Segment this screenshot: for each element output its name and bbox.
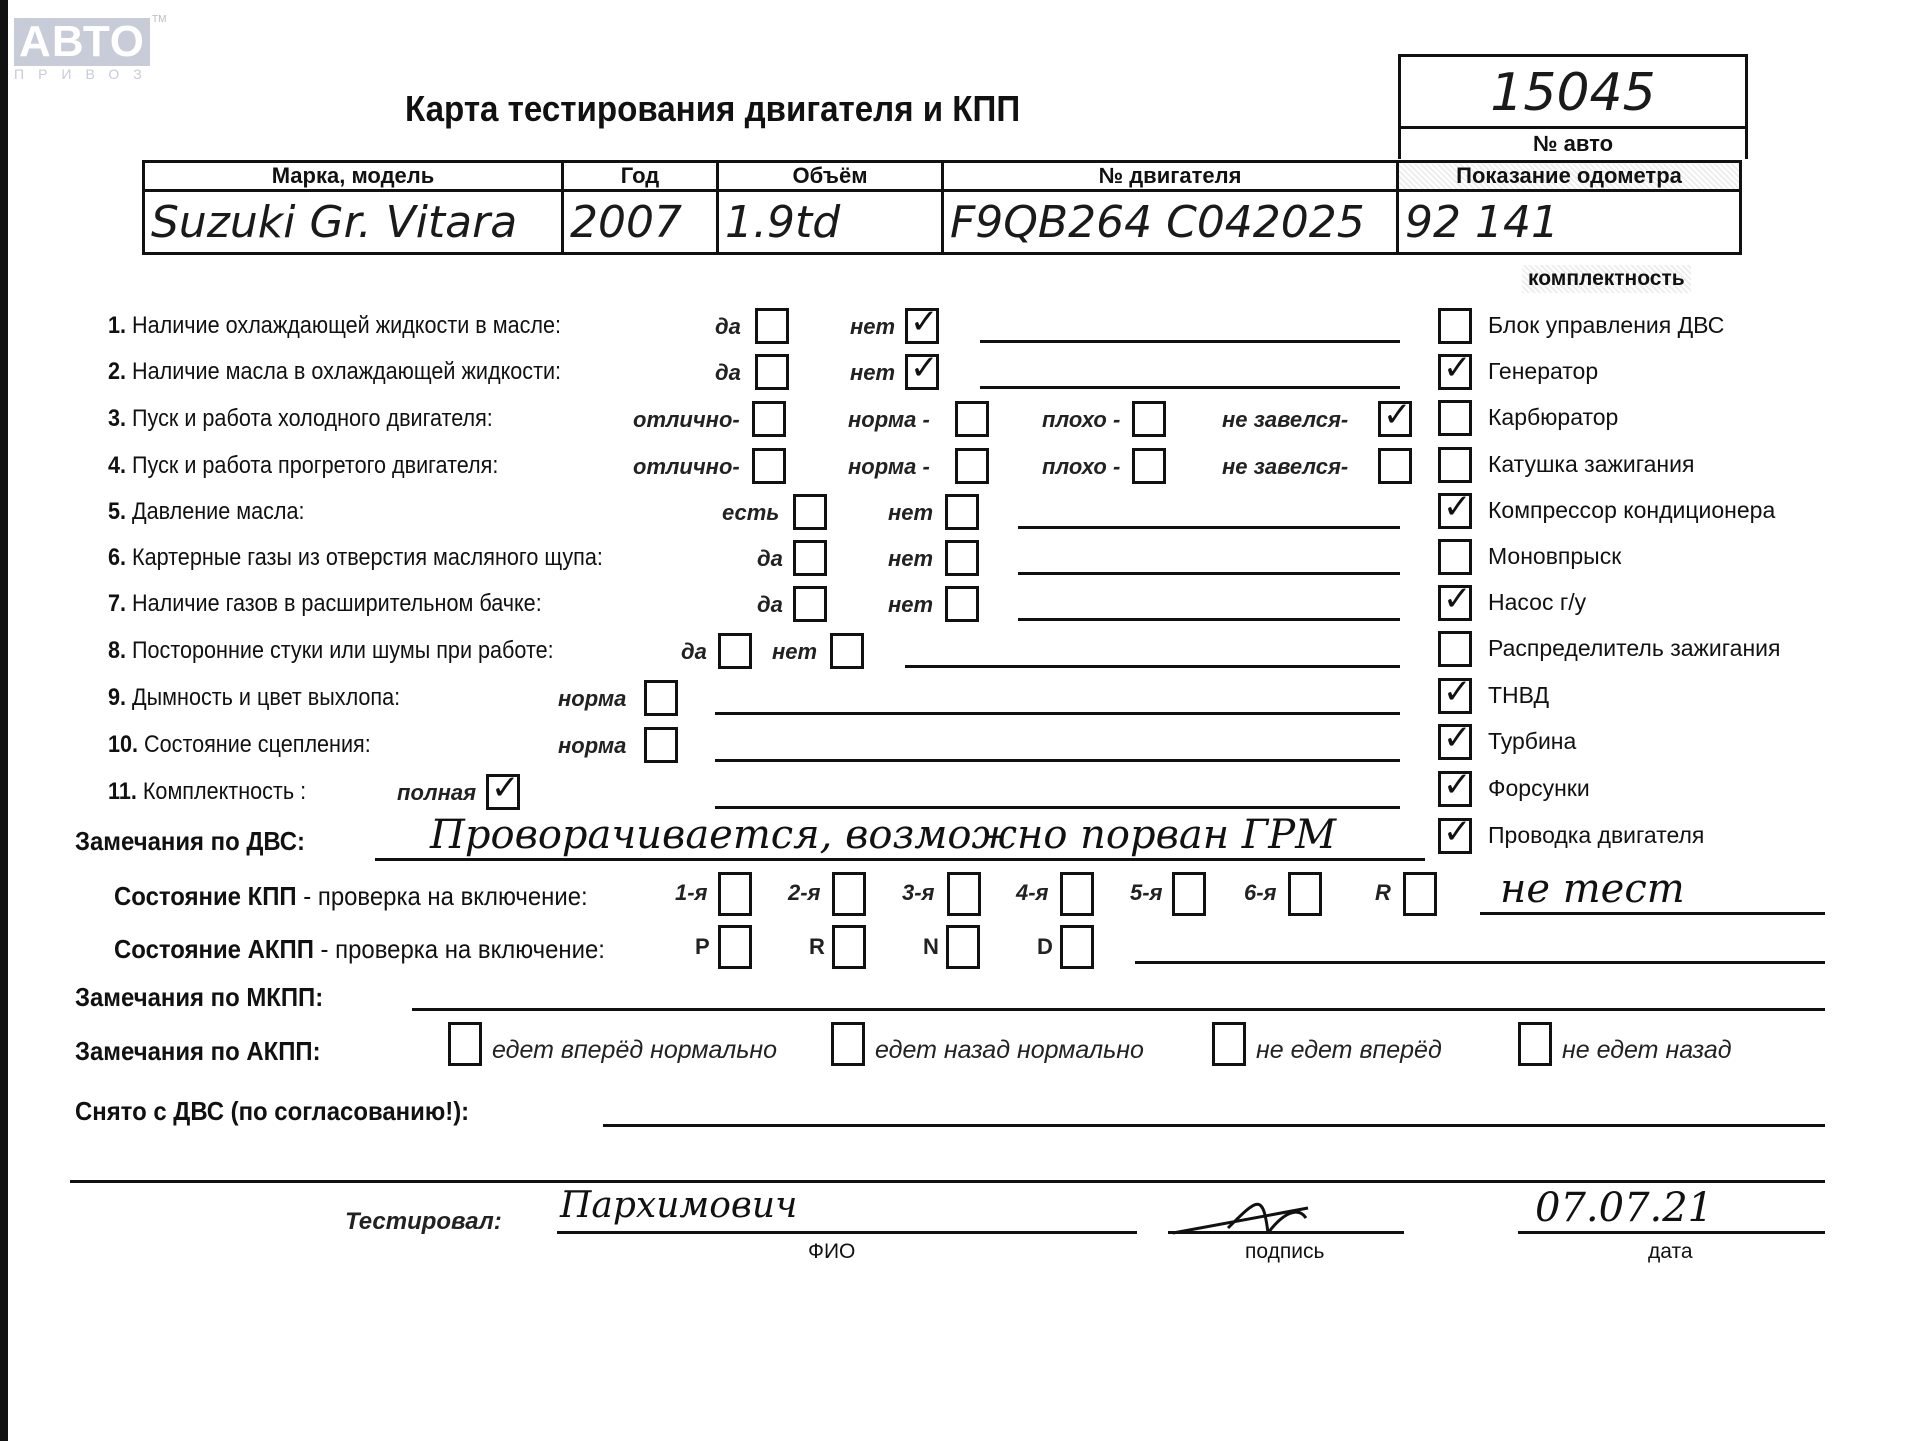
option-checkbox[interactable] (755, 354, 789, 390)
model-value[interactable]: Suzuki Gr. Vitara (144, 191, 563, 254)
gear-label: 5-я (1130, 880, 1163, 906)
item-text: Пуск и работа холодного двигателя: (132, 405, 493, 432)
notes-line[interactable] (715, 759, 1400, 762)
mode-checkbox[interactable] (718, 925, 752, 969)
item-text: Посторонние стуки или шумы при работе: (132, 637, 554, 664)
option-label: нет (888, 592, 933, 618)
engine-number-value[interactable]: F9QB264 C042025 (943, 191, 1398, 254)
akpp-remark-label: не едет назад (1562, 1036, 1732, 1065)
notes-line[interactable] (1018, 526, 1400, 529)
divider (70, 1180, 1825, 1183)
option-checkbox[interactable] (752, 401, 786, 437)
checkmark-icon: ✓ (1443, 490, 1472, 524)
checklist-row: 6. Картерные газы из отверстия масляного… (108, 544, 603, 572)
completeness-checkbox[interactable] (1438, 631, 1472, 667)
option-label: отлично- (633, 454, 740, 480)
item-text: Комплектность : (143, 778, 306, 805)
checkmark-icon: ✓ (1443, 582, 1472, 616)
checkmark-icon: ✓ (1443, 815, 1472, 849)
item-text: Наличие масла в охлаждающей жидкости: (132, 358, 561, 385)
notes-line[interactable] (1018, 572, 1400, 575)
date-line (1518, 1231, 1825, 1234)
kpp-label-rest: - проверка на включение: (297, 881, 588, 911)
completeness-checkbox[interactable]: ✓ (1438, 678, 1472, 714)
item-number: 4. (108, 452, 132, 479)
completeness-item-label: Турбина (1488, 728, 1576, 755)
option-checkbox[interactable] (945, 586, 979, 622)
gear-label: 2-я (788, 880, 821, 906)
checklist-row: 7. Наличие газов в расширительном бачке: (108, 590, 542, 618)
mode-label: D (1037, 934, 1053, 960)
item-text: Давление масла: (132, 498, 305, 525)
vehicle-info-table: Марка, модель Год Объём № двигателя Пока… (142, 160, 1742, 255)
akpp-remarks-label: Замечания по АКПП: (75, 1036, 321, 1067)
car-number-value[interactable]: 15045 (1398, 54, 1748, 129)
odometer-value[interactable]: 92 141 (1398, 191, 1741, 254)
completeness-item-label: Форсунки (1488, 775, 1590, 802)
item-text: Наличие охлаждающей жидкости в масле: (132, 312, 561, 339)
mkpp-remarks-label: Замечания по МКПП: (75, 982, 323, 1013)
completeness-item-label: Насос г/у (1488, 589, 1586, 616)
checkmark-icon: ✓ (910, 305, 939, 339)
checkmark-icon: ✓ (1443, 768, 1472, 802)
completeness-item-label: Карбюратор (1488, 404, 1618, 431)
akpp-label-rest: - проверка на включение: (314, 934, 605, 964)
option-label: отлично- (633, 407, 740, 433)
gear-label: 3-я (902, 880, 935, 906)
akpp-remark-label: не едет вперёд (1256, 1036, 1442, 1065)
item-number: 9. (108, 684, 132, 711)
gear-checkbox[interactable] (947, 872, 981, 916)
akpp-remark-checkbox[interactable] (1212, 1022, 1246, 1066)
completeness-item-label: Блок управления ДВС (1488, 312, 1724, 339)
notes-line[interactable] (715, 712, 1400, 715)
checkmark-icon: ✓ (1443, 721, 1472, 755)
item-number: 8. (108, 637, 132, 664)
option-checkbox[interactable] (793, 540, 827, 576)
gear-label: 4-я (1016, 880, 1049, 906)
signature-caption: подпись (1245, 1240, 1324, 1264)
gear-checkbox[interactable] (1172, 872, 1206, 916)
completeness-item-label: Компрессор кондиционера (1488, 497, 1775, 524)
signature-mark (1168, 1188, 1378, 1248)
option-checkbox[interactable]: ✓ (905, 308, 939, 344)
option-checkbox[interactable]: ✓ (905, 354, 939, 390)
col-header-model: Марка, модель (144, 162, 563, 191)
akpp-remark-checkbox[interactable] (448, 1022, 482, 1066)
item-text: Картерные газы из отверстия масляного щу… (132, 544, 603, 571)
checkmark-icon: ✓ (491, 771, 520, 805)
gear-checkbox[interactable] (718, 872, 752, 916)
option-label: норма (558, 733, 626, 759)
akpp-label-bold: Состояние АКПП (114, 934, 314, 964)
completeness-checkbox[interactable]: ✓ (1438, 585, 1472, 621)
option-label: да (757, 592, 783, 618)
name-line (557, 1231, 1137, 1234)
checklist-row: 1. Наличие охлаждающей жидкости в масле: (108, 312, 561, 340)
completeness-checkbox[interactable] (1438, 539, 1472, 575)
option-label: да (757, 546, 783, 572)
item-text: Наличие газов в расширительном бачке: (132, 590, 542, 617)
option-label: плохо - (1042, 454, 1120, 480)
date-caption: дата (1648, 1240, 1693, 1264)
engine-remarks-line (375, 858, 1425, 861)
completeness-checkbox[interactable] (1438, 400, 1472, 436)
gear-checkbox[interactable] (832, 872, 866, 916)
item-number: 7. (108, 590, 132, 617)
option-label: плохо - (1042, 407, 1120, 433)
option-label: нет (850, 360, 895, 386)
mode-checkbox[interactable] (832, 925, 866, 969)
kpp-note[interactable]: не тест (1500, 866, 1685, 912)
option-label: нет (888, 500, 933, 526)
gear-checkbox[interactable] (1060, 872, 1094, 916)
name-caption: ФИО (808, 1240, 855, 1264)
item-number: 11. (108, 778, 143, 805)
col-header-year: Год (563, 162, 718, 191)
checklist-row: 3. Пуск и работа холодного двигателя: (108, 405, 493, 433)
akpp-remark-checkbox[interactable] (831, 1022, 865, 1066)
volume-value[interactable]: 1.9td (718, 191, 943, 254)
gear-checkbox[interactable] (1288, 872, 1322, 916)
item-text: Состояние сцепления: (144, 731, 371, 758)
car-number-label: № авто (1398, 126, 1748, 159)
option-checkbox[interactable] (955, 448, 989, 484)
scan-edge (0, 0, 8, 1441)
checklist-row: 10. Состояние сцепления: (108, 731, 371, 759)
engine-remarks-value[interactable]: Проворачивается, возможно порван ГРМ (430, 812, 1336, 858)
checklist-row: 8. Посторонние стуки или шумы при работе… (108, 637, 554, 665)
completeness-checkbox[interactable]: ✓ (1438, 818, 1472, 854)
test-date[interactable]: 07.07.21 (1535, 1185, 1713, 1231)
completeness-checkbox[interactable]: ✓ (1438, 493, 1472, 529)
option-label: нет (850, 314, 895, 340)
mode-label: N (923, 934, 939, 960)
akpp-label: Состояние АКПП - проверка на включение: (114, 934, 605, 965)
kpp-note-line (1480, 912, 1825, 915)
completeness-checkbox[interactable] (1438, 308, 1472, 344)
item-text: Пуск и работа прогретого двигателя: (132, 452, 498, 479)
item-number: 3. (108, 405, 132, 432)
notes-line[interactable] (980, 386, 1400, 389)
akpp-remark-label: едет назад нормально (875, 1036, 1144, 1065)
notes-line[interactable] (980, 340, 1400, 343)
item-number: 2. (108, 358, 132, 385)
col-header-odometer: Показание одометра (1398, 162, 1741, 191)
akpp-remark-label: едет вперёд нормально (492, 1036, 777, 1065)
tested-by-label: Тестировал: (345, 1208, 502, 1236)
gear-label: 1-я (675, 880, 708, 906)
item-number: 1. (108, 312, 132, 339)
removed-line[interactable] (603, 1124, 1825, 1127)
option-label: есть (722, 500, 779, 526)
checklist-row: 9. Дымность и цвет выхлопа: (108, 684, 400, 712)
col-header-engine-number: № двигателя (943, 162, 1398, 191)
akpp-note-line (1135, 961, 1825, 964)
mode-label: P (695, 934, 710, 960)
completeness-checkbox[interactable]: ✓ (1438, 771, 1472, 807)
option-label: норма - (848, 407, 930, 433)
gear-checkbox[interactable] (1403, 872, 1437, 916)
mkpp-remarks-line[interactable] (412, 1008, 1825, 1011)
tester-name[interactable]: Пархимович (560, 1185, 797, 1226)
checkmark-icon: ✓ (1443, 351, 1472, 385)
option-label: не завелся- (1222, 454, 1348, 480)
option-label: да (715, 314, 741, 340)
completeness-item-label: Проводка двигателя (1488, 822, 1704, 849)
option-label: норма (558, 686, 626, 712)
checklist-row: 4. Пуск и работа прогретого двигателя: (108, 452, 498, 480)
completeness-checkbox[interactable] (1438, 447, 1472, 483)
mode-label: R (809, 934, 825, 960)
option-checkbox[interactable] (1132, 448, 1166, 484)
year-value[interactable]: 2007 (563, 191, 718, 254)
removed-label: Снято с ДВС (по согласованию!): (75, 1096, 469, 1127)
gear-label: 6-я (1244, 880, 1277, 906)
checkmark-icon: ✓ (1443, 675, 1472, 709)
option-label: да (715, 360, 741, 386)
completeness-item-label: Распределитель зажигания (1488, 635, 1780, 662)
option-checkbox[interactable] (755, 308, 789, 344)
completeness-checkbox[interactable]: ✓ (1438, 724, 1472, 760)
checkmark-icon: ✓ (910, 351, 939, 385)
option-label: нет (888, 546, 933, 572)
option-checkbox[interactable] (644, 727, 678, 763)
option-label: да (681, 639, 707, 665)
item-number: 10. (108, 731, 144, 758)
option-checkbox[interactable] (1378, 448, 1412, 484)
item-number: 5. (108, 498, 132, 525)
option-checkbox[interactable] (955, 401, 989, 437)
option-checkbox[interactable] (718, 633, 752, 669)
option-checkbox[interactable] (793, 494, 827, 530)
kpp-label-bold: Состояние КПП (114, 881, 297, 911)
logo-subtitle: ПРИВОЗ (14, 66, 156, 82)
checkmark-icon: ✓ (1383, 398, 1412, 432)
completeness-item-label: Катушка зажигания (1488, 451, 1694, 478)
completeness-checkbox[interactable]: ✓ (1438, 354, 1472, 390)
option-checkbox[interactable]: ✓ (1378, 401, 1412, 437)
page-title: Карта тестирования двигателя и КПП (405, 88, 1020, 130)
option-label: полная (397, 780, 476, 806)
item-text: Дымность и цвет выхлопа: (132, 684, 400, 711)
option-checkbox[interactable]: ✓ (486, 774, 520, 810)
notes-line[interactable] (715, 806, 1400, 809)
akpp-remark-checkbox[interactable] (1518, 1022, 1552, 1066)
option-checkbox[interactable] (644, 680, 678, 716)
option-checkbox[interactable] (830, 633, 864, 669)
logo-trademark: TM (152, 14, 166, 25)
completeness-item-label: Генератор (1488, 358, 1598, 385)
option-checkbox[interactable] (1132, 401, 1166, 437)
item-number: 6. (108, 544, 132, 571)
option-label: нет (772, 639, 817, 665)
completeness-item-label: Моновпрыск (1488, 543, 1621, 570)
mode-checkbox[interactable] (1060, 925, 1094, 969)
option-label: не завелся- (1222, 407, 1348, 433)
completeness-item-label: ТНВД (1488, 682, 1549, 709)
logo: АВТО (14, 18, 150, 66)
kpp-label: Состояние КПП - проверка на включение: (114, 881, 588, 912)
notes-line[interactable] (905, 665, 1400, 668)
gear-label: R (1375, 880, 1391, 906)
completeness-heading: комплектность (1522, 265, 1691, 293)
col-header-volume: Объём (718, 162, 943, 191)
engine-remarks-label: Замечания по ДВС: (75, 826, 305, 857)
option-label: норма - (848, 454, 930, 480)
mode-checkbox[interactable] (946, 925, 980, 969)
option-checkbox[interactable] (752, 448, 786, 484)
option-checkbox[interactable] (945, 540, 979, 576)
notes-line[interactable] (1018, 618, 1400, 621)
option-checkbox[interactable] (945, 494, 979, 530)
option-checkbox[interactable] (793, 586, 827, 622)
checklist-row: 11. Комплектность : (108, 778, 306, 806)
checklist-row: 5. Давление масла: (108, 498, 305, 526)
checklist-row: 2. Наличие масла в охлаждающей жидкости: (108, 358, 561, 386)
